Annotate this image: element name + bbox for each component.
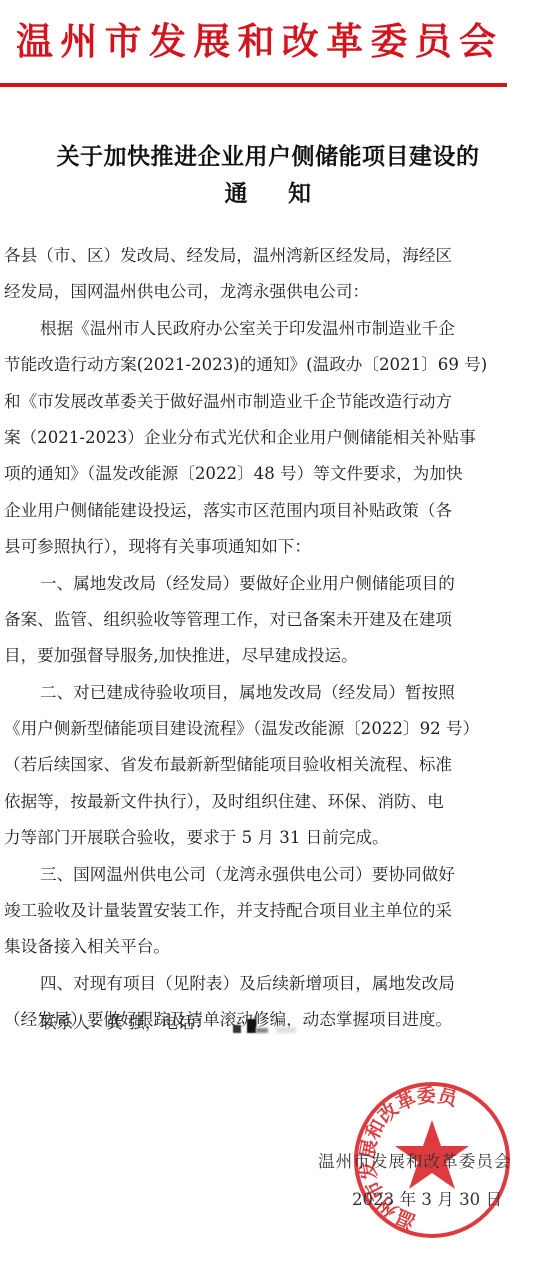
signature-date: 2023 年 3 月 30 日 xyxy=(352,1186,502,1210)
contact-info: 联系人：龚 强，电话： xyxy=(40,1005,296,1041)
letterhead-char: 州 xyxy=(60,11,97,65)
document-title-notice: 通知 xyxy=(0,175,536,208)
body-line: 竣工验收及计量装置安装工作，并支持配合项目业主单位的采 xyxy=(4,893,516,929)
title-char: 知 xyxy=(288,180,312,207)
body-line: 《用户侧新型储能项目建设流程》（温发改能源〔2022〕92 号） xyxy=(4,711,516,747)
body-line: 县可参照执行），现将有关事项通知如下： xyxy=(4,529,516,565)
document-body: 各县（市、区）发改局、经发局，温州湾新区经发局，海经区 经发局，国网温州供电公司… xyxy=(4,238,516,1039)
body-line: 依据等，按最新文件执行），及时组织住建、环保、消防、电 xyxy=(4,784,516,820)
body-line: 项的通知》（温发改能源〔2022〕48 号）等文件要求，为加快 xyxy=(4,456,516,492)
organization-letterhead: 温 州 市 发 展 和 改 革 委 员 会 xyxy=(16,8,496,68)
body-line: 一、属地发改局（经发局）要做好企业用户侧储能项目的 xyxy=(4,566,516,602)
body-line: （若后续国家、省发布最新新型储能项目验收相关流程、标准 xyxy=(4,747,516,783)
letterhead-char: 发 xyxy=(149,11,186,65)
body-line: 和《市发展改革委关于做好温州市制造业千企节能改造行动方 xyxy=(4,384,516,420)
letterhead-char: 温 xyxy=(16,11,53,65)
body-line: 节能改造行动方案(2021-2023)的通知》(温政办〔2021〕69 号) xyxy=(4,347,516,383)
letterhead-char: 展 xyxy=(193,11,230,65)
body-line: 经发局，国网温州供电公司，龙湾永强供电公司： xyxy=(4,274,516,310)
body-line: 根据《温州市人民政府办公室关于印发温州市制造业千企 xyxy=(4,311,516,347)
document-title: 关于加快推进企业用户侧储能项目建设的 xyxy=(0,138,536,171)
body-line: 四、对现有项目（见附表）及后续新增项目，属地发改局 xyxy=(4,966,516,1002)
letterhead-char: 市 xyxy=(105,11,142,65)
letterhead-char: 员 xyxy=(415,11,452,65)
body-line: 案（2021-2023）企业分布式光伏和企业用户侧储能相关补贴事 xyxy=(4,420,516,456)
body-line: 力等部门开展联合验收，要求于 5 月 31 日前完成。 xyxy=(4,820,516,856)
body-line: 各县（市、区）发改局、经发局，温州湾新区经发局，海经区 xyxy=(4,238,516,274)
contact-label: 联系人：龚 强，电话： xyxy=(40,1005,211,1041)
letterhead-char: 委 xyxy=(370,11,407,65)
letterhead-char: 和 xyxy=(237,11,274,65)
signature-organization: 温州市发展和改革委员会 xyxy=(318,1148,512,1172)
letterhead-char: 会 xyxy=(459,11,496,65)
letterhead-char: 革 xyxy=(326,11,363,65)
body-line: 目，要加强督导服务,加快推进，尽早建成投运。 xyxy=(4,638,516,674)
body-line: 集设备接入相关平台。 xyxy=(4,929,516,965)
letterhead-char: 改 xyxy=(282,11,319,65)
title-char: 通 xyxy=(225,180,249,207)
body-line: 企业用户侧储能建设投运，落实市区范围内项目补贴政策（各 xyxy=(4,493,516,529)
body-line: 备案、监管、组织验收等管理工作，对已备案未开建及在建项 xyxy=(4,602,516,638)
redacted-phone-number xyxy=(233,1013,296,1033)
letterhead-divider xyxy=(0,83,507,87)
body-line: 三、国网温州供电公司（龙湾永强供电公司）要协同做好 xyxy=(4,857,516,893)
body-line: 二、对已建成待验收项目，属地发改局（经发局）暂按照 xyxy=(4,675,516,711)
